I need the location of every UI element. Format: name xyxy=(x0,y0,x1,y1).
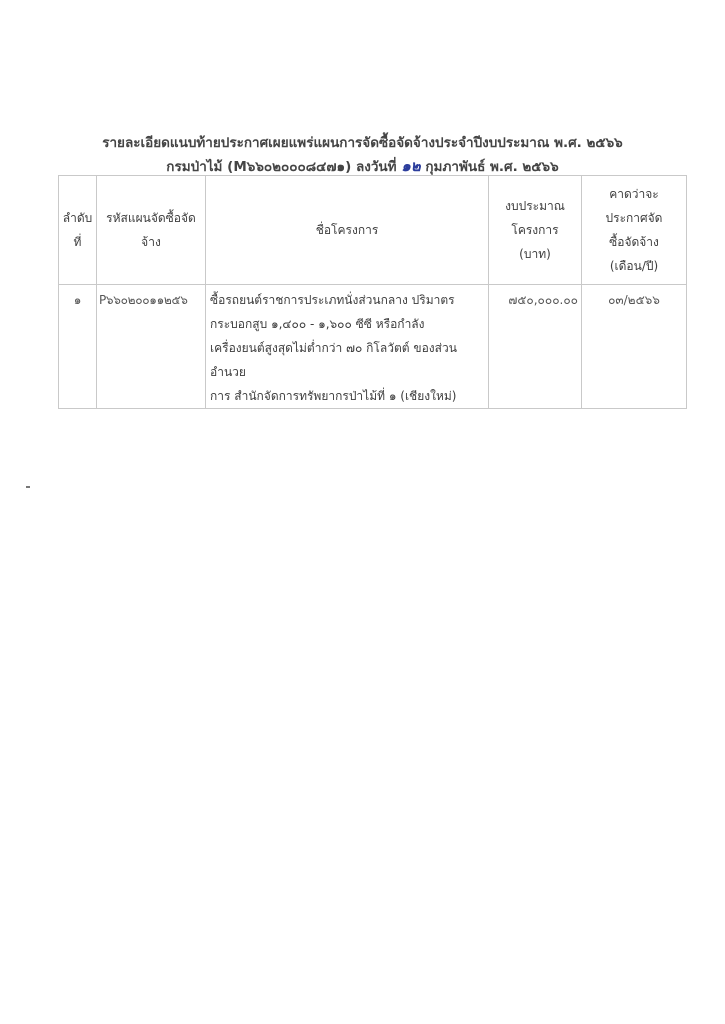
project-name-line: เครื่องยนต์สูงสุดไม่ต่ำกว่า ๗๐ กิโลวัตต์… xyxy=(210,336,485,384)
cell-plan-code: P๖๖๐๒๐๐๑๑๒๕๖ xyxy=(97,285,206,409)
header-line: ชื่อโครงการ xyxy=(209,218,485,242)
subtitle-prefix: กรมป่าไม้ (M๖๖๐๒๐๐๐๘๔๗๑) ลงวันที่ xyxy=(166,159,401,175)
header-line: คาดว่าจะ xyxy=(585,182,683,206)
project-name-line: ซื้อรถยนต์ราชการประเภทนั่งส่วนกลาง ปริมา… xyxy=(210,288,485,312)
cell-no: ๑ xyxy=(59,285,97,409)
header-line: ประกาศจัด xyxy=(585,206,683,230)
header-line: โครงการ xyxy=(492,218,578,242)
header-line: ซื้อจัดจ้าง xyxy=(585,230,683,254)
procurement-plan-table: ลำดับที่ รหัสแผนจัดซื้อจัดจ้าง ชื่อโครงก… xyxy=(58,175,687,409)
header-no: ลำดับที่ xyxy=(59,176,97,285)
cell-expected-month: ๐๓/๒๕๖๖ xyxy=(582,285,687,409)
project-name-line: กระบอกสูบ ๑,๔๐๐ - ๑,๖๐๐ ซีซี หรือกำลัง xyxy=(210,312,485,336)
document-title: รายละเอียดแนบท้ายประกาศเผยแพร่แผนการจัดซ… xyxy=(0,131,725,153)
header-expected-month: คาดว่าจะประกาศจัดซื้อจัดจ้าง(เดือน/ปี) xyxy=(582,176,687,285)
project-name-line: การ สำนักจัดการทรัพยากรป่าไม้ที่ ๑ (เชีย… xyxy=(210,384,485,408)
scan-artifact-mark xyxy=(26,486,30,488)
cell-budget: ๗๕๐,๐๐๐.๐๐ xyxy=(489,285,582,409)
table-row: ๑ P๖๖๐๒๐๐๑๑๒๕๖ ซื้อรถยนต์ราชการประเภทนั่… xyxy=(59,285,687,409)
table-header-row: ลำดับที่ รหัสแผนจัดซื้อจัดจ้าง ชื่อโครงก… xyxy=(59,176,687,285)
header-line: งบประมาณ xyxy=(492,194,578,218)
header-line: รหัสแผนจัดซื้อจัด xyxy=(100,206,202,230)
header-line: ลำดับ xyxy=(62,206,93,230)
handwritten-day: ๑๒ xyxy=(401,157,420,175)
header-line: (เดือน/ปี) xyxy=(585,254,683,278)
subtitle-suffix: กุมภาพันธ์ พ.ศ. ๒๕๖๖ xyxy=(421,159,559,175)
cell-project-name: ซื้อรถยนต์ราชการประเภทนั่งส่วนกลาง ปริมา… xyxy=(206,285,489,409)
header-budget: งบประมาณโครงการ(บาท) xyxy=(489,176,582,285)
header-plan-code: รหัสแผนจัดซื้อจัดจ้าง xyxy=(97,176,206,285)
header-line: (บาท) xyxy=(492,242,578,266)
header-project-name: ชื่อโครงการ xyxy=(206,176,489,285)
header-line: จ้าง xyxy=(100,230,202,254)
header-line: ที่ xyxy=(62,230,93,254)
